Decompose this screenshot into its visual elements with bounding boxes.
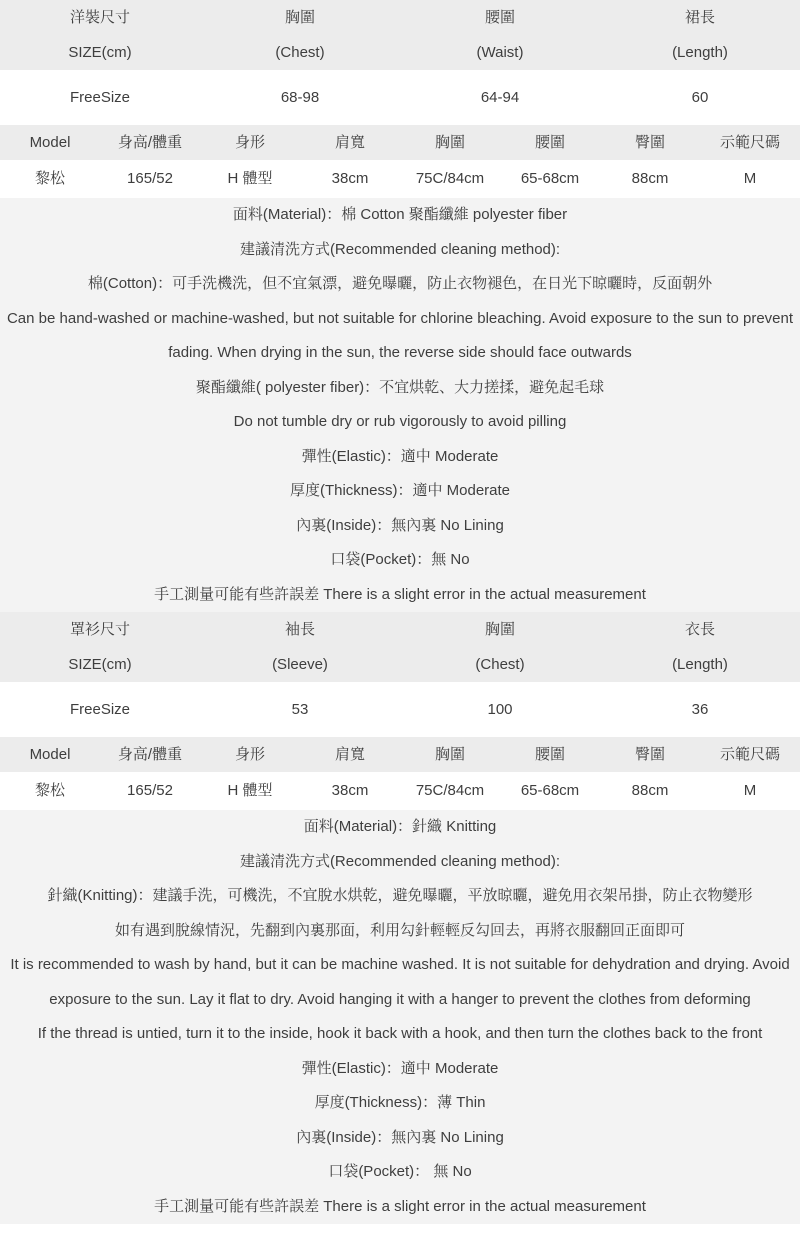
dress-model-table-header: Model 身高/體重 身形 肩寬 胸圍 腰圍 臀圍 示範尺碼 — [0, 125, 800, 160]
size-header-title: 罩衫尺寸 — [0, 612, 200, 647]
blouse-care-info: 面料(Material)：針織 Knitting 建議清洗方式(Recommen… — [0, 810, 800, 1224]
size-header-cell-sleeve: 袖長 (Sleeve) — [200, 612, 400, 682]
dress-model-value-row: 黎松 165/52 H 體型 38cm 75C/84cm 65-68cm 88c… — [0, 160, 800, 198]
size-header-subtitle: (Chest) — [400, 647, 600, 682]
model-header-cell: 身形 — [200, 125, 300, 160]
care-info-line: 建議清洗方式(Recommended cleaning method): — [0, 845, 800, 880]
size-header-cell-chest: 胸圍 (Chest) — [200, 0, 400, 70]
size-header-subtitle: (Chest) — [200, 35, 400, 70]
model-value: 88cm — [600, 160, 700, 198]
care-info-line: 建議清洗方式(Recommended cleaning method): — [0, 233, 800, 268]
size-header-title: 袖長 — [200, 612, 400, 647]
model-value: 黎松 — [0, 772, 100, 810]
size-header-cell-chest: 胸圍 (Chest) — [400, 612, 600, 682]
size-value: 36 — [600, 682, 800, 737]
dress-care-info: 面料(Material)：棉 Cotton 聚酯纖維 polyester fib… — [0, 198, 800, 612]
care-info-line: 彈性(Elastic)：適中 Moderate — [0, 440, 800, 475]
size-header-subtitle: (Length) — [600, 35, 800, 70]
size-value: 100 — [400, 682, 600, 737]
model-header-cell: Model — [0, 125, 100, 160]
model-header-cell: 腰圍 — [500, 125, 600, 160]
size-header-title: 衣長 — [600, 612, 800, 647]
model-value: 88cm — [600, 772, 700, 810]
model-header-cell: 肩寬 — [300, 737, 400, 772]
care-info-line: 棉(Cotton)：可手洗機洗，但不宜氣漂，避免曝曬，防止衣物褪色，在日光下晾曬… — [0, 267, 800, 302]
model-value: 38cm — [300, 160, 400, 198]
care-info-line: 手工測量可能有些許誤差 There is a slight error in t… — [0, 578, 800, 613]
size-header-cell-length: 裙長 (Length) — [600, 0, 800, 70]
dress-size-value-row: FreeSize 68-98 64-94 60 — [0, 70, 800, 125]
blouse-size-table-header: 罩衫尺寸 SIZE(cm) 袖長 (Sleeve) 胸圍 (Chest) 衣長 … — [0, 612, 800, 682]
care-info-line: 內裏(Inside)：無內裏 No Lining — [0, 1121, 800, 1156]
care-info-line: 針織(Knitting)：建議手洗，可機洗，不宜脫水烘乾，避免曝曬，平放晾曬，避… — [0, 879, 800, 914]
size-header-title: 裙長 — [600, 0, 800, 35]
size-header-title: 洋裝尺寸 — [0, 0, 200, 35]
blouse-model-table-header: Model 身高/體重 身形 肩寬 胸圍 腰圍 臀圍 示範尺碼 — [0, 737, 800, 772]
size-header-cell-size: 洋裝尺寸 SIZE(cm) — [0, 0, 200, 70]
dress-size-section: 洋裝尺寸 SIZE(cm) 胸圍 (Chest) 腰圍 (Waist) 裙長 (… — [0, 0, 800, 612]
care-info-line: 厚度(Thickness)：適中 Moderate — [0, 474, 800, 509]
care-info-line: Can be hand-washed or machine-washed, bu… — [0, 302, 800, 337]
size-header-subtitle: (Waist) — [400, 35, 600, 70]
care-info-line: 手工測量可能有些許誤差 There is a slight error in t… — [0, 1190, 800, 1225]
model-value: 65-68cm — [500, 772, 600, 810]
size-value: FreeSize — [0, 682, 200, 737]
blouse-size-section: 罩衫尺寸 SIZE(cm) 袖長 (Sleeve) 胸圍 (Chest) 衣長 … — [0, 612, 800, 1224]
model-value: 黎松 — [0, 160, 100, 198]
size-value: 60 — [600, 70, 800, 125]
model-header-cell: Model — [0, 737, 100, 772]
model-value: 75C/84cm — [400, 160, 500, 198]
size-header-title: 胸圍 — [400, 612, 600, 647]
care-info-line: 面料(Material)：棉 Cotton 聚酯纖維 polyester fib… — [0, 198, 800, 233]
care-info-line: 如有遇到脫線情況，先翻到內裏那面，利用勾針輕輕反勾回去，再將衣服翻回正面即可 — [0, 914, 800, 949]
model-header-cell: 示範尺碼 — [700, 125, 800, 160]
care-info-line: fading. When drying in the sun, the reve… — [0, 336, 800, 371]
model-value: 165/52 — [100, 160, 200, 198]
care-info-line: 聚酯纖維( polyester fiber)：不宜烘乾、大力搓揉，避免起毛球 — [0, 371, 800, 406]
model-value: H 體型 — [200, 160, 300, 198]
care-info-line: 內裏(Inside)：無內裏 No Lining — [0, 509, 800, 544]
care-info-line: If the thread is untied, turn it to the … — [0, 1017, 800, 1052]
size-value: FreeSize — [0, 70, 200, 125]
model-header-cell: 胸圍 — [400, 125, 500, 160]
model-value: 75C/84cm — [400, 772, 500, 810]
model-header-cell: 示範尺碼 — [700, 737, 800, 772]
model-value: 38cm — [300, 772, 400, 810]
size-value: 64-94 — [400, 70, 600, 125]
care-info-line: 面料(Material)：針織 Knitting — [0, 810, 800, 845]
model-header-cell: 身高/體重 — [100, 125, 200, 160]
size-header-subtitle: (Sleeve) — [200, 647, 400, 682]
care-info-line: 厚度(Thickness)：薄 Thin — [0, 1086, 800, 1121]
dress-size-table-header: 洋裝尺寸 SIZE(cm) 胸圍 (Chest) 腰圍 (Waist) 裙長 (… — [0, 0, 800, 70]
model-header-cell: 腰圍 — [500, 737, 600, 772]
model-header-cell: 臀圍 — [600, 125, 700, 160]
model-header-cell: 胸圍 — [400, 737, 500, 772]
model-header-cell: 身形 — [200, 737, 300, 772]
size-header-title: 胸圍 — [200, 0, 400, 35]
care-info-line: 口袋(Pocket)：無 No — [0, 543, 800, 578]
blouse-model-value-row: 黎松 165/52 H 體型 38cm 75C/84cm 65-68cm 88c… — [0, 772, 800, 810]
model-value: 65-68cm — [500, 160, 600, 198]
size-header-cell-waist: 腰圍 (Waist) — [400, 0, 600, 70]
care-info-line: It is recommended to wash by hand, but i… — [0, 948, 800, 983]
size-value: 53 — [200, 682, 400, 737]
care-info-line: 口袋(Pocket)： 無 No — [0, 1155, 800, 1190]
model-value: M — [700, 772, 800, 810]
care-info-line: 彈性(Elastic)：適中 Moderate — [0, 1052, 800, 1087]
model-value: 165/52 — [100, 772, 200, 810]
model-header-cell: 臀圍 — [600, 737, 700, 772]
model-header-cell: 肩寬 — [300, 125, 400, 160]
size-header-cell-length: 衣長 (Length) — [600, 612, 800, 682]
size-header-subtitle: (Length) — [600, 647, 800, 682]
size-header-subtitle: SIZE(cm) — [0, 35, 200, 70]
size-header-title: 腰圍 — [400, 0, 600, 35]
care-info-line: Do not tumble dry or rub vigorously to a… — [0, 405, 800, 440]
size-header-subtitle: SIZE(cm) — [0, 647, 200, 682]
care-info-line: exposure to the sun. Lay it flat to dry.… — [0, 983, 800, 1018]
blouse-size-value-row: FreeSize 53 100 36 — [0, 682, 800, 737]
size-header-cell-size: 罩衫尺寸 SIZE(cm) — [0, 612, 200, 682]
model-header-cell: 身高/體重 — [100, 737, 200, 772]
model-value: H 體型 — [200, 772, 300, 810]
size-value: 68-98 — [200, 70, 400, 125]
model-value: M — [700, 160, 800, 198]
